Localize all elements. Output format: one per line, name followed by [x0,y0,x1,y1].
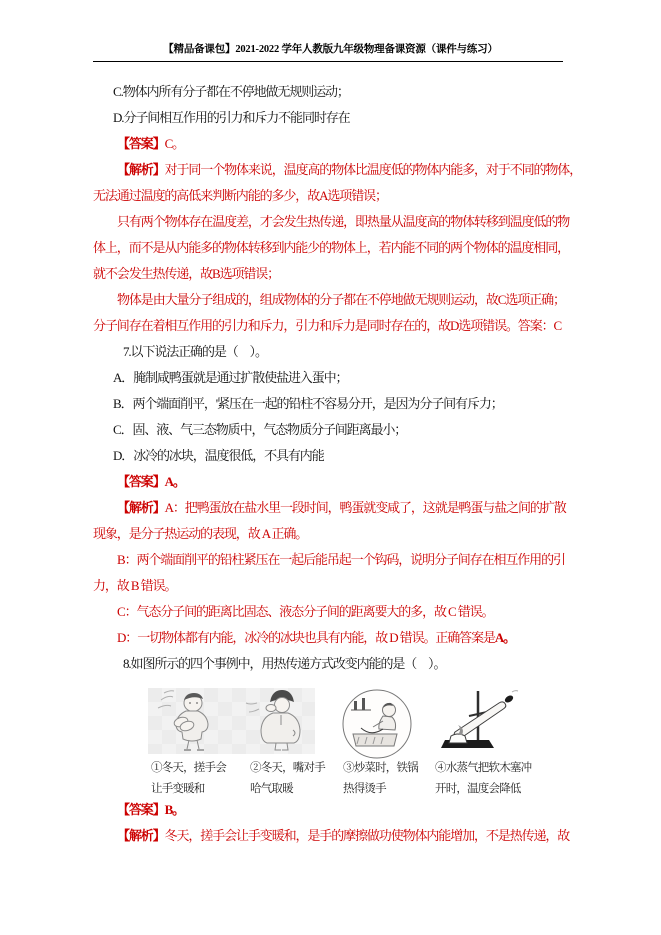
answer-8: 【答案】B。 [93,797,571,823]
analysis-6-line-2: 无法通过温度的高低来判断内能的多少，故A选项错误； [93,183,571,209]
figure-2-caption-line-2: 哈气取暖 [250,779,293,800]
figure-3-caption-line-1: ③炒菜时，铁锅 [343,758,418,779]
question-7: 7.以下说法正确的是（ ）。 [93,339,571,365]
analysis-7-line-6: D：一切物体都有内能，冰冷的冰块也具有内能，故 D 错误。正确答案是A。 [93,625,571,651]
page-title: 【精品备课包】2021-2022 学年人教版九年级物理备课资源（课件与练习） [0,41,661,56]
breath-on-hands-illustration-icon [243,688,318,756]
analysis-6-line-1: 【解析】对于同一个物体来说，温度高的物体比温度低的物体内能多，对于不同的物体， [93,157,571,183]
option-6-d: D.分子间相互作用的引力和斥力不能同时存在 [93,105,571,131]
worksheet-page: 【精品备课包】2021-2022 学年人教版九年级物理备课资源（课件与练习） C… [0,0,661,935]
analysis-7-line-1: 【解析】A：把鸭蛋放在盐水里一段时间，鸭蛋就变咸了，这就是鸭蛋与盐之间的扩散 [93,495,571,521]
option-7-c: C．固、液、气三态物质中，气态物质分子间距离最小； [93,417,571,443]
analysis-6-line-5: 就不会发生热传递，故B选项错误； [93,261,571,287]
analysis-7-line-4: 力，故 B 错误。 [93,573,571,599]
analysis-6-line-3: 只有两个物体存在温度差，才会发生热传递，即热量从温度高的物体转移到温度低的物 [93,209,571,235]
option-7-d: D．冰冷的冰块，温度很低，不具有内能 [93,443,571,469]
figure-4-caption-line-2: 开时，温度会降低 [435,779,521,800]
figure-2-caption-line-1: ②冬天，嘴对手 [250,758,325,779]
answer-7: 【答案】A。 [93,469,571,495]
analysis-8-line-1: 【解析】冬天，搓手会让手变暖和，是手的摩擦做功使物体内能增加，不是热传递，故 [93,823,571,849]
analysis-7-line-5: C：气态分子间的距离比固态、液态分子间的距离要大的多，故 C 错误。 [93,599,571,625]
analysis-6-line-7: 分子间存在着相互作用的引力和斥力，引力和斥力是同时存在的，故D选项错误。答案：C [93,313,571,339]
question-8: 8.如图所示的四个事例中，用热传递方式改变内能的是（ ）。 [93,651,571,677]
document-body: C.物体内所有分子都在不停地做无规则运动； D.分子间相互作用的引力和斥力不能同… [93,79,571,849]
answer-6: 【答案】C。 [93,131,571,157]
figure-4-caption-line-1: ④水蒸气把软木塞冲 [435,758,531,779]
analysis-6-line-4: 体上，而不是从内能多的物体转移到内能少的物体上，若内能不同的两个物体的温度相同， [93,235,571,261]
analysis-6-line-6: 物体是由大量分子组成的，组成物体的分子都在不停地做无规则运动，故C选项正确； [93,287,571,313]
analysis-7-line-2: 现象，是分子热运动的表现，故 A 正确。 [93,521,571,547]
analysis-7-line-3: B：两个端面削平的铅柱紧压在一起后能吊起一个钩码，说明分子间存在相互作用的引 [93,547,571,573]
cooking-wok-illustration-icon [339,688,417,760]
steam-cork-experiment-icon [431,688,521,760]
figure-1-caption-line-2: 让手变暖和 [151,779,205,800]
option-7-b: B．两个端面削平，'紧压在一起的铅柱不容易分开，是因为分子间有斥力； [93,391,571,417]
question-8-answer-block: 【答案】B。 【解析】冬天，搓手会让手变暖和，是手的摩擦做功使物体内能增加，不是… [93,797,571,849]
header-divider [93,61,563,62]
option-7-a: A．腌制咸鸭蛋就是通过扩散使盐进入蛋中； [93,365,571,391]
figure-3-caption-line-2: 热得烫手 [343,779,386,800]
question-8-figures: ①冬天，搓手会 让手变暖和 ②冬天，嘴对手 哈气取暖 ③炒菜时，铁锅 热得烫手 … [93,688,571,792]
option-6-c: C.物体内所有分子都在不停地做无规则运动； [93,79,571,105]
figure-1-caption-line-1: ①冬天，搓手会 [151,758,226,779]
hands-rubbing-illustration-icon [151,688,231,756]
